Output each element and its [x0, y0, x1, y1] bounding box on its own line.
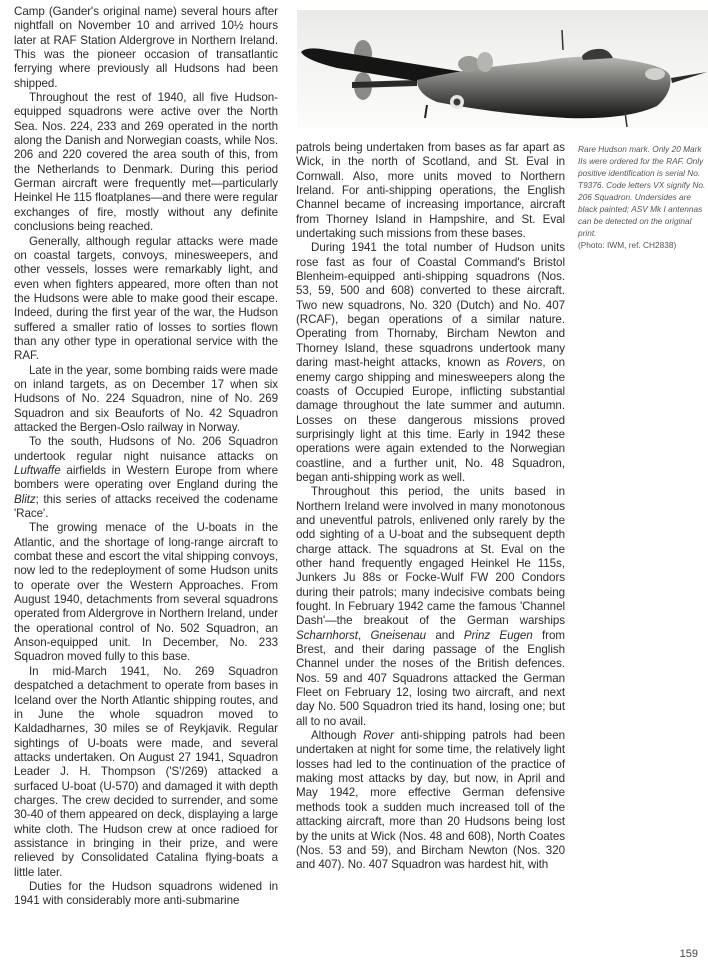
text-run: To the south, Hudsons of No. 206 Squadro…: [14, 435, 278, 462]
paragraph: Although Rover anti-shipping patrols had…: [296, 729, 565, 872]
italic-term: Scharnhorst: [296, 629, 358, 642]
paragraph: Camp (Gander's original name) several ho…: [14, 5, 278, 91]
paragraph: Late in the year, some bombing raids wer…: [14, 364, 278, 436]
italic-term: Luftwaffe: [14, 464, 61, 477]
page-number: 159: [680, 948, 698, 960]
paragraph: Throughout this period, the units based …: [296, 485, 565, 729]
left-text-column: Camp (Gander's original name) several ho…: [14, 5, 278, 909]
italic-term: Rover: [363, 729, 394, 742]
text-run: Although: [311, 729, 363, 742]
middle-text-column: patrols being undertaken from bases as f…: [296, 141, 565, 873]
text-run: ,: [358, 629, 370, 642]
paragraph: patrols being undertaken from bases as f…: [296, 141, 565, 241]
text-run: During 1941 the total number of Hudson u…: [296, 241, 565, 369]
italic-term: Blitz: [14, 493, 36, 506]
text-run: anti-shipping patrols had been undertake…: [296, 729, 565, 871]
italic-term: Gneisenau: [370, 629, 426, 642]
text-run: , on enemy cargo shipping and minesweepe…: [296, 356, 565, 484]
paragraph: In mid-March 1941, No. 269 Squadron desp…: [14, 665, 278, 880]
text-run: and: [426, 629, 464, 642]
text-run: from Brest, and their daring passage of …: [296, 629, 565, 728]
paragraph: During 1941 the total number of Hudson u…: [296, 241, 565, 485]
aircraft-photo: [297, 10, 708, 128]
paragraph: Throughout the rest of 1940, all five Hu…: [14, 91, 278, 234]
paragraph: Duties for the Hudson squadrons widened …: [14, 880, 278, 909]
italic-term: Rovers: [506, 356, 542, 369]
text-run: Throughout this period, the units based …: [296, 485, 565, 627]
caption-text: Rare Hudson mark. Only 20 Mark IIs were …: [578, 143, 708, 239]
italic-term: Prinz Eugen: [464, 629, 533, 642]
paragraph: To the south, Hudsons of No. 206 Squadro…: [14, 435, 278, 521]
photo-caption: Rare Hudson mark. Only 20 Mark IIs were …: [578, 143, 708, 251]
paragraph: The growing menace of the U-boats in the…: [14, 521, 278, 664]
photo-credit: (Photo: IWM, ref. CH2838): [578, 239, 708, 251]
paragraph: Generally, although regular attacks were…: [14, 235, 278, 364]
hudson-aircraft-illustration: [297, 10, 708, 128]
text-run: ; this series of attacks received the co…: [14, 493, 278, 520]
